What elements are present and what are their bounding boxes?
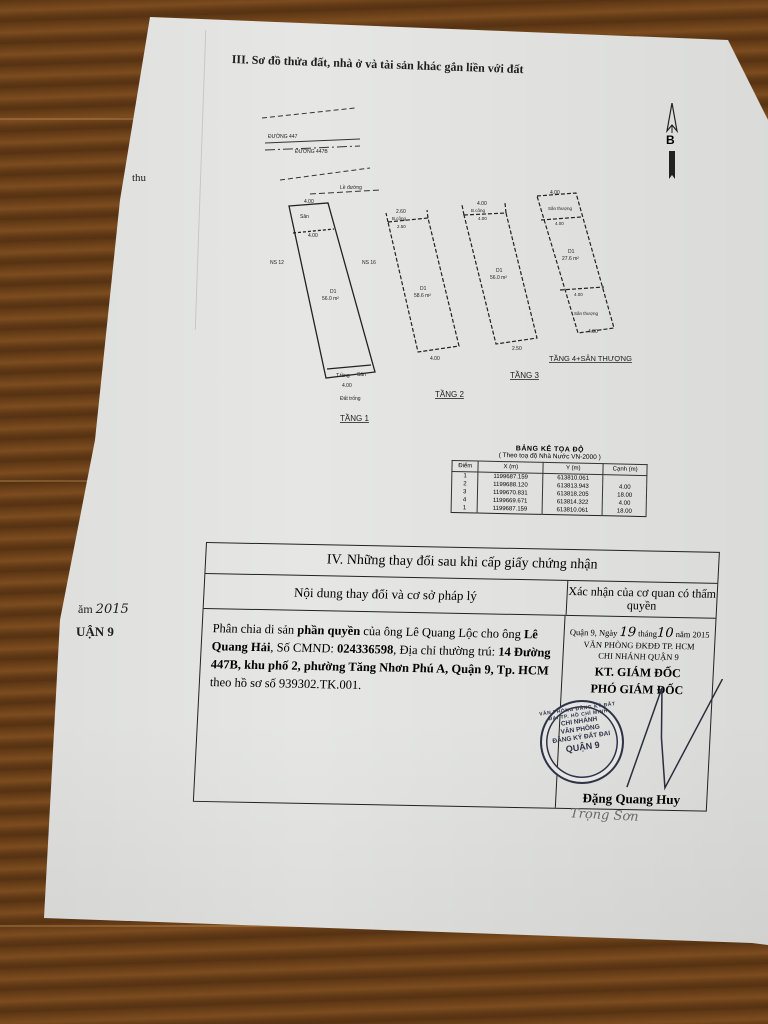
margin-fragment: UẬN 9	[76, 624, 114, 640]
svg-text:Sân: Sân	[357, 372, 366, 378]
content-column-header: Nội dung thay đổi và cơ sở pháp lý	[204, 574, 569, 615]
svg-text:Sân thượng: Sân thượng	[574, 311, 598, 316]
svg-text:4.00: 4.00	[588, 329, 598, 335]
svg-text:4.00: 4.00	[478, 216, 487, 221]
floor-label: TẦNG 3	[510, 370, 539, 380]
svg-text:4.00: 4.00	[477, 201, 487, 207]
site-plan-drawing: ĐƯỜNG 447 ĐƯỜNG 447B Lề đường Sân 4.00 4…	[0, 0, 768, 440]
svg-text:B.công: B.công	[471, 208, 486, 213]
table-header: Điểm	[452, 461, 479, 473]
svg-text:Đất trống: Đất trống	[340, 396, 361, 402]
svg-text:B.công: B.công	[392, 216, 407, 221]
table-header: Cạnh (m)	[603, 464, 647, 476]
svg-text:D1: D1	[496, 268, 503, 274]
svg-text:56.0 m²: 56.0 m²	[322, 296, 339, 302]
svg-text:D1: D1	[420, 286, 427, 292]
table-cell: 613810.061	[542, 506, 602, 516]
svg-text:D1: D1	[568, 249, 575, 255]
road-label: ĐƯỜNG 447	[268, 133, 298, 140]
svg-text:T.tầng: T.tầng	[336, 373, 350, 379]
svg-text:56.0 m²: 56.0 m²	[490, 275, 507, 281]
floor-label: TẦNG 1	[340, 413, 369, 423]
svg-text:Sân thượng: Sân thượng	[548, 206, 572, 211]
margin-fragment: ăm 2015	[78, 602, 129, 617]
svg-text:4.00: 4.00	[550, 190, 560, 196]
svg-text:2.50: 2.50	[397, 224, 406, 229]
svg-text:4.00: 4.00	[430, 356, 440, 362]
floor-label: TẦNG 4+SÂN THƯỢNG	[549, 353, 632, 363]
svg-text:4.00: 4.00	[555, 221, 564, 226]
changes-table: IV. Những thay đổi sau khi cấp giấy chứn…	[193, 542, 720, 812]
svg-text:4.00: 4.00	[574, 292, 583, 297]
table-cell: 18.00	[602, 507, 646, 516]
svg-text:27.6 m²: 27.6 m²	[562, 256, 579, 262]
confirmation-column-header: Xác nhận của cơ quan có thẩm quyền	[567, 581, 718, 618]
table-cell: 1199687.159	[478, 505, 543, 515]
svg-text:58.6 m²: 58.6 m²	[414, 293, 431, 299]
floor-label: TẦNG 2	[435, 389, 464, 399]
coordinate-table-block: BẢNG KÊ TỌA ĐỘ ( Theo toạ độ Nhà Nước VN…	[451, 444, 648, 517]
svg-text:D1: D1	[330, 289, 337, 295]
svg-text:2.50: 2.50	[512, 346, 522, 352]
change-content: Phân chia di sản phần quyền của ông Lê Q…	[194, 609, 566, 808]
table-cell: 1	[451, 504, 478, 513]
signature-icon	[616, 677, 732, 799]
svg-text:NS 12: NS 12	[270, 260, 284, 266]
svg-text:Sân: Sân	[300, 214, 309, 220]
svg-text:4.00: 4.00	[308, 233, 318, 239]
svg-text:4.00: 4.00	[342, 383, 352, 389]
curb-label: Lề đường	[340, 185, 362, 191]
coordinate-table: ĐiểmX (m)Y (m)Cạnh (m) 11199687.15961381…	[451, 460, 648, 517]
road-label: ĐƯỜNG 447B	[295, 148, 328, 155]
svg-text:2.60: 2.60	[396, 209, 406, 215]
svg-text:NS 16: NS 16	[362, 260, 376, 266]
svg-text:4.00: 4.00	[304, 199, 314, 205]
